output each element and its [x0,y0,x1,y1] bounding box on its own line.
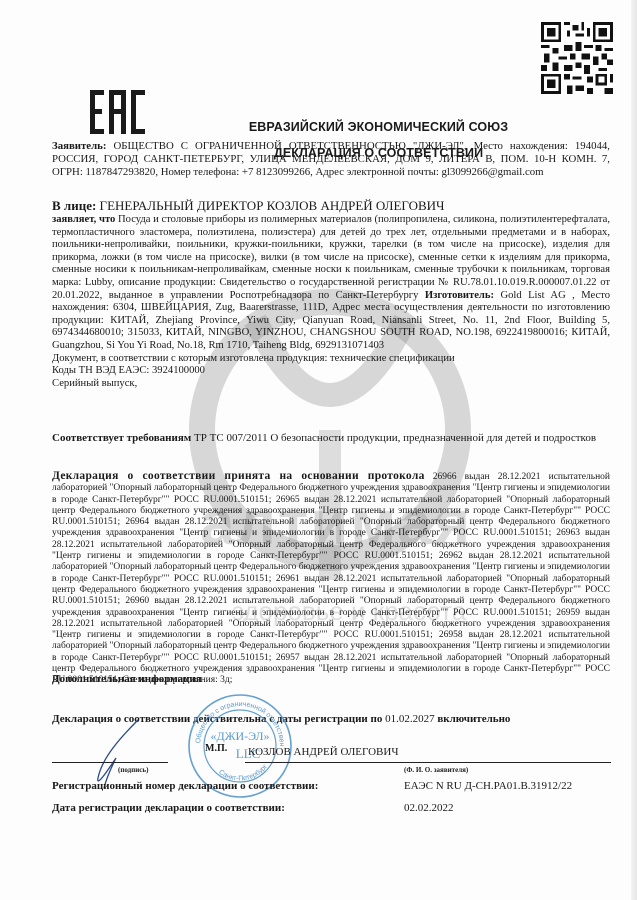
page-edge [631,0,637,900]
protocol-label: Декларация о соответствии принята на осн… [52,470,425,482]
representative-label: В лице: [52,198,96,213]
product-text: Посуда и столовые приборы из полимерных … [52,214,610,301]
applicant-label: Заявитель: [52,140,106,152]
registration-date-label: Дата регистрации декларации о соответств… [52,802,285,814]
manufacturer-label: Изготовитель: [425,290,494,301]
registration-number-label: Регистрационный номер декларации о соотв… [52,780,318,792]
representative-text: ГЕНЕРАЛЬНЫЙ ДИРЕКТОР КОЗЛОВ АНДРЕЙ ОЛЕГО… [100,198,445,213]
representative-section: В лице: ГЕНЕРАЛЬНЫЙ ДИРЕКТОР КОЗЛОВ АНДР… [52,198,610,213]
conformity-section: Соответствует требованиям ТР ТС 007/2011… [52,432,610,445]
additional-info-label: Дополнительная информация [52,673,610,686]
signer-name: КОЗЛОВ АНДРЕЙ ОЛЕГОВИЧ [248,746,398,758]
declaration-page: алтимая здоровье и красота ЕВРАЗИЙСКИЙ Э… [0,0,637,900]
serial-release: Серийный выпуск, [52,378,610,391]
declares-label: заявляет, что [52,214,115,225]
seal-place-label: М.П. [205,743,227,754]
registration-number: ЕАЭС N RU Д-CH.PA01.B.31912/22 [404,780,572,792]
name-line [245,762,611,763]
svg-text:«ДЖИ-ЭЛ»: «ДЖИ-ЭЛ» [211,729,270,743]
document-basis: Документ, в соответствии с которым изгот… [52,353,610,366]
registration-date: 02.02.2022 [404,802,454,814]
signature-line [52,762,168,763]
union-title: ЕВРАЗИЙСКИЙ ЭКОНОМИЧЕСКИЙ СОЮЗ [60,120,637,134]
conformity-text: ТР ТС 007/2011 О безопасности продукции,… [194,432,596,444]
validity-suffix: включительно [437,713,510,725]
applicant-text: ОБЩЕСТВО С ОГРАНИЧЕННОЙ ОТВЕТСТВЕННОСТЬЮ… [52,140,610,178]
protocol-text: 26966 выдан 28.12.2021 испытательной лаб… [52,472,610,685]
applicant-section: Заявитель: ОБЩЕСТВО С ОГРАНИЧЕННОЙ ОТВЕТ… [52,140,610,180]
conformity-label: Соответствует требованиям [52,432,191,444]
protocol-section: Декларация о соответствии принята на осн… [52,471,610,687]
declaration-section: заявляет, что Посуда и столовые приборы … [52,214,610,390]
fio-caption: (Ф. И. О. заявителя) [404,766,468,774]
signature-caption: (подпись) [118,766,148,774]
validity-date: 01.02.2027 [385,713,435,725]
qr-code-icon[interactable] [541,22,613,94]
customs-codes: Коды ТН ВЭД ЕАЭС: 3924100000 [52,365,610,378]
